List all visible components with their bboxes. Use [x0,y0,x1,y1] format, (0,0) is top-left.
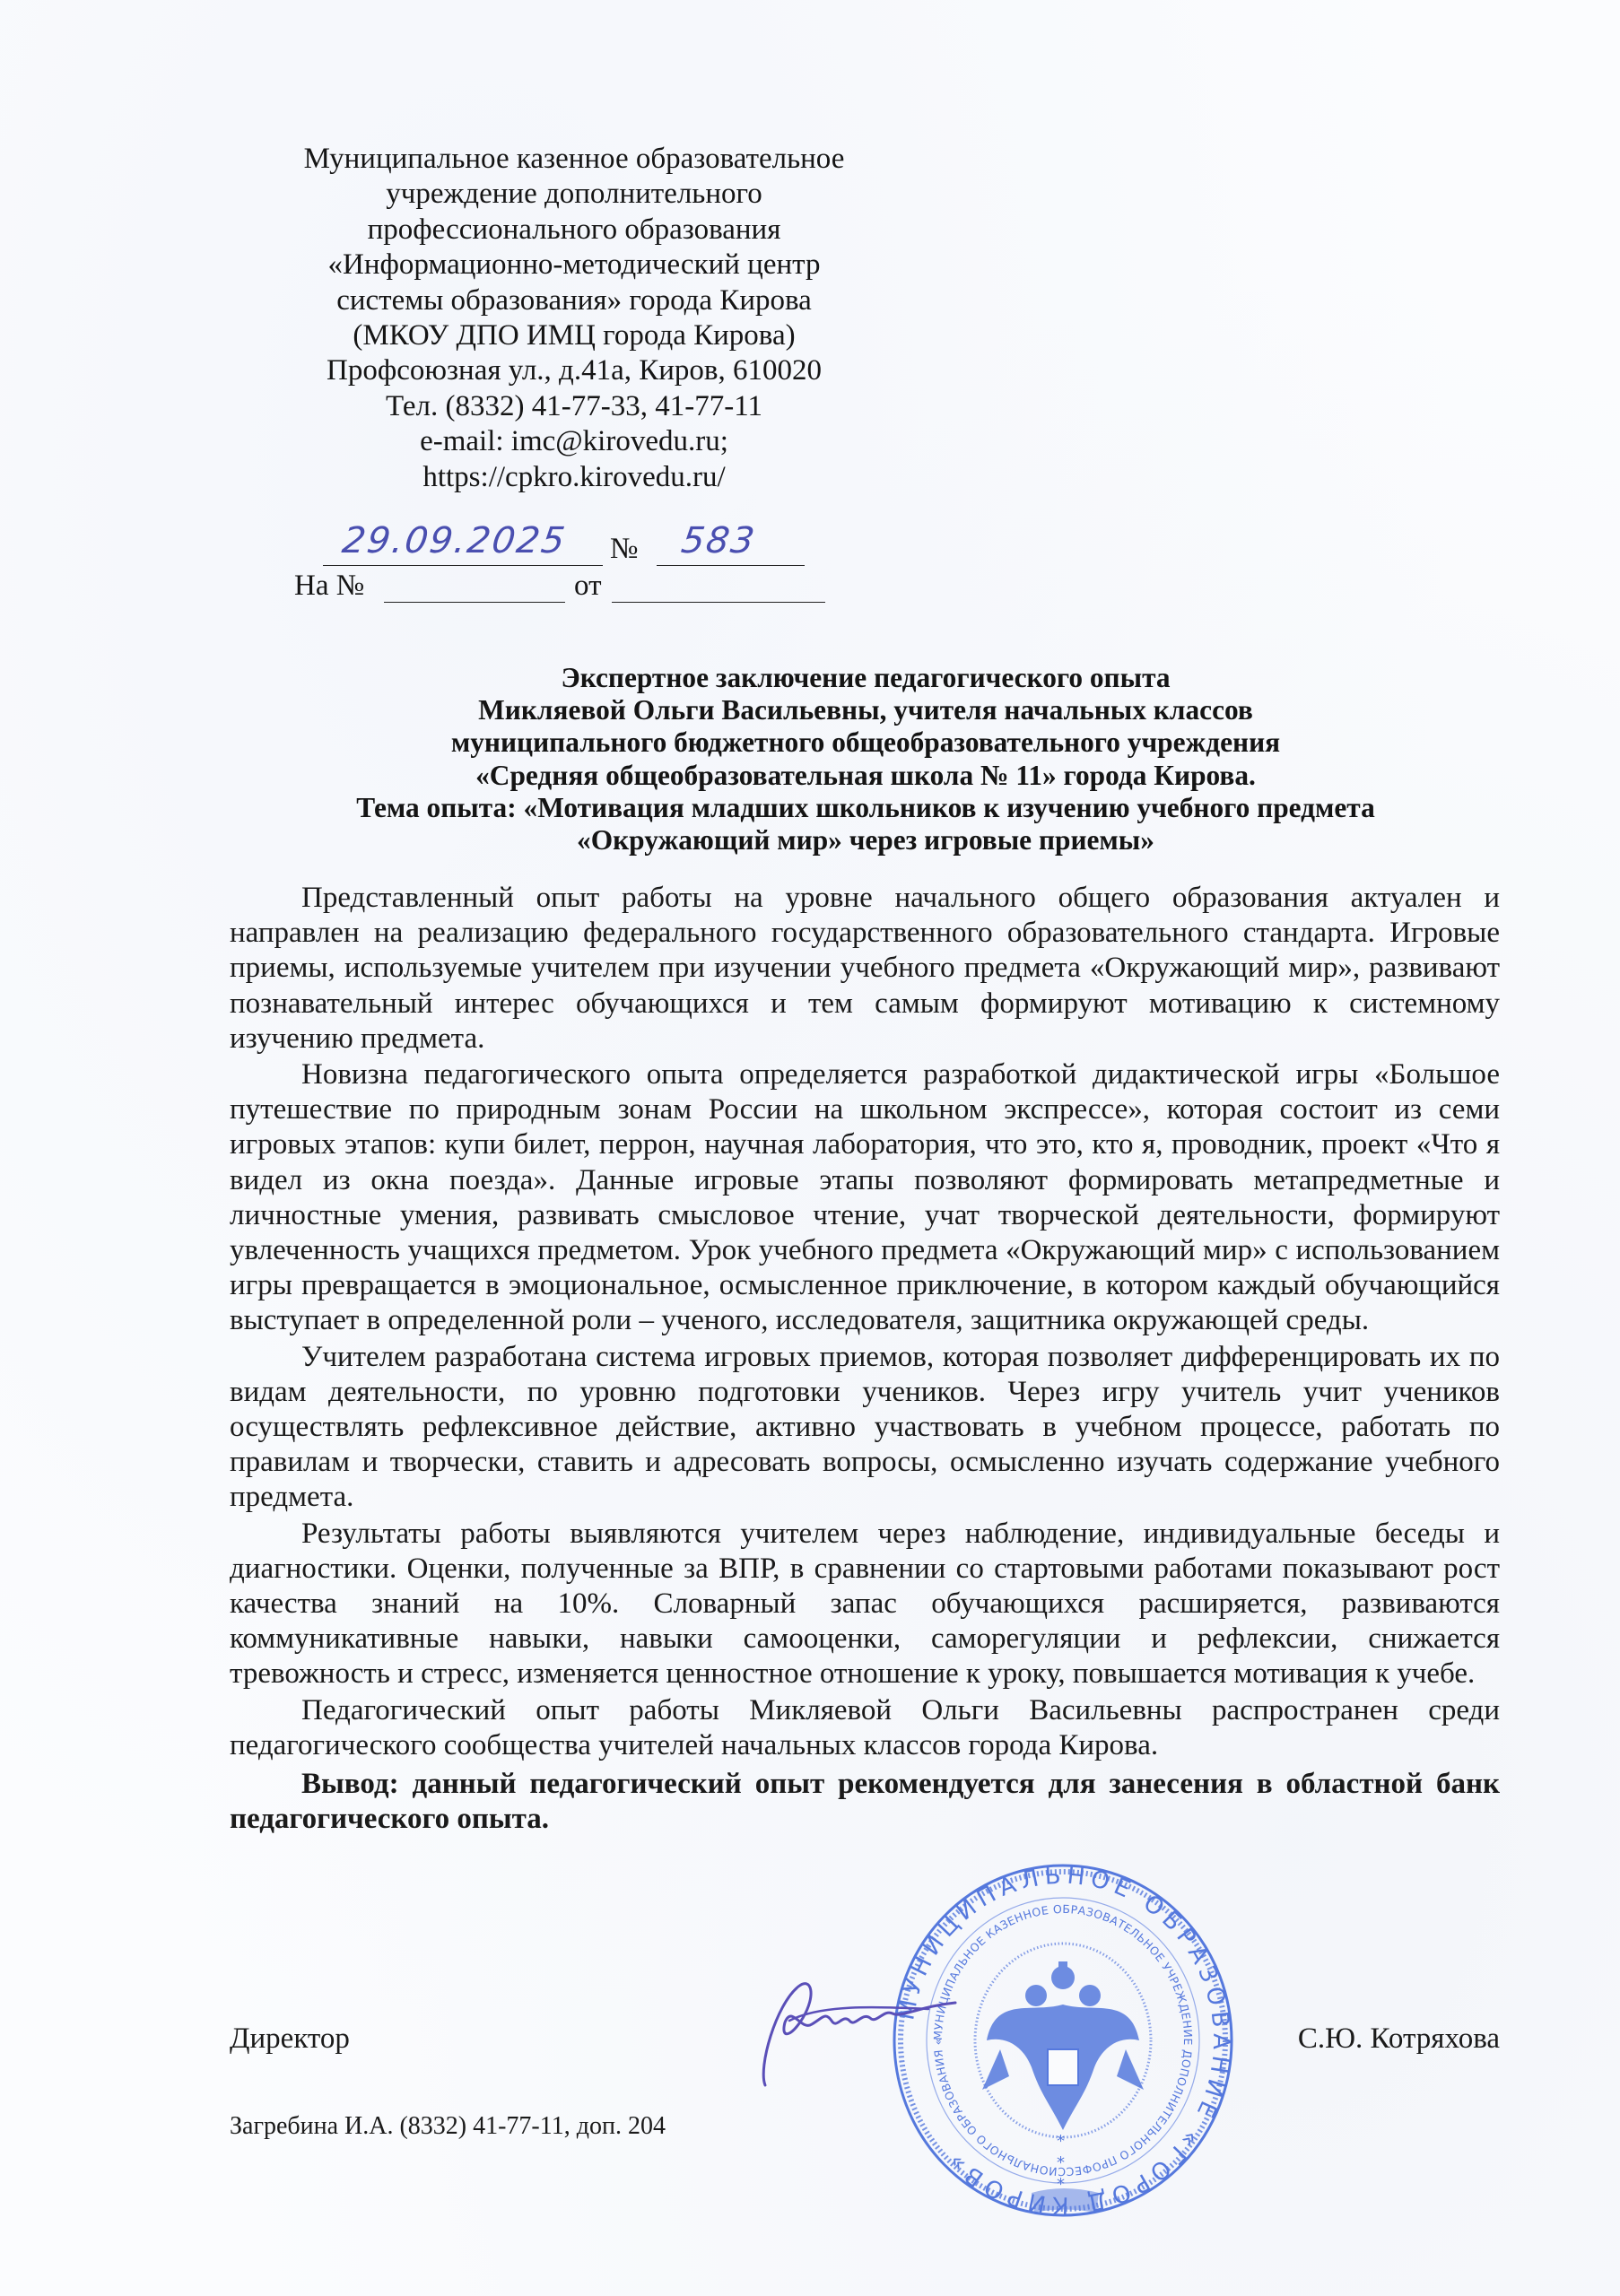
document-title: Экспертное заключение педагогического оп… [241,661,1490,856]
director-signature-icon [749,1969,964,2094]
from-label: от [574,570,602,603]
title-line-4: «Средняя общеобразовательная школа № 11»… [241,759,1490,791]
letterhead-line-org-5: системы образования» города Кирова [251,283,897,318]
letterhead-address: Профсоюзная ул., д.41а, Киров, 610020 [251,353,897,388]
paragraph-novelty: Новизна педагогического опыта определяет… [230,1057,1500,1339]
document-body: Представленный опыт работы на уровне нач… [230,881,1500,1837]
document-page: Муниципальное казенное образовательное у… [0,0,1620,2296]
document-number: 583 [679,520,759,561]
letterhead-line-org-1: Муниципальное казенное образовательное [251,142,897,177]
reference-block: 29.09.2025 № 583 На № от [287,527,861,608]
official-seal-icon: МУНИЦИПАЛЬНОЕ ОБРАЗОВАНИЕ «ГОРОД КИРОВ» … [888,1861,1238,2220]
incoming-reference-row: На № от [287,568,861,608]
svg-text:*: * [1057,2175,1065,2194]
letterhead-abbreviation: (МКОУ ДПО ИМЦ города Кирова) [251,318,897,353]
svg-text:МУНИЦИПАЛЬНОЕ ОБРАЗОВАНИЕ «ГОР: МУНИЦИПАЛЬНОЕ ОБРАЗОВАНИЕ «ГОРОД КИРОВ» [893,1863,1234,2219]
paragraph-results: Результаты работы выявляются учителем че… [230,1517,1500,1692]
paragraph-relevance: Представленный опыт работы на уровне нач… [230,881,1500,1057]
title-line-topic-1: Тема опыта: «Мотивация младших школьнико… [241,791,1490,823]
in-reply-date-line [612,566,825,603]
svg-text:*: * [1057,2153,1065,2172]
letterhead-phone: Тел. (8332) 41-77-33, 41-77-11 [251,389,897,424]
title-line-1: Экспертное заключение педагогического оп… [241,661,1490,693]
letterhead-website: https://cpkro.kirovedu.ru/ [251,460,897,495]
letterhead-email: e-mail: imc@kirovedu.ru; [251,424,897,459]
paragraph-system: Учителем разработана система игровых при… [230,1340,1500,1516]
outgoing-reference-row: 29.09.2025 № 583 [287,527,861,568]
signatory-name: С.Ю. Котряхова [1298,2022,1500,2056]
svg-text:МУНИЦИПАЛЬНОЕ КАЗЕННОЕ ОБРАЗОВ: МУНИЦИПАЛЬНОЕ КАЗЕННОЕ ОБРАЗОВАТЕЛЬНОЕ У… [888,1861,1195,2179]
letterhead-line-org-3: профессионального образования [251,213,897,248]
paragraph-conclusion: Вывод: данный педагогический опыт рекоме… [230,1767,1500,1837]
number-label: № [610,533,639,566]
in-reply-number-line [384,566,565,603]
paragraph-dissemination: Педагогический опыт работы Микляевой Оль… [230,1693,1500,1763]
title-line-3: муниципального бюджетного общеобразовате… [241,726,1490,758]
letterhead: Муниципальное казенное образовательное у… [251,142,897,495]
title-line-2: Микляевой Ольги Васильевны, учителя нача… [241,693,1490,726]
letterhead-line-org-2: учреждение дополнительного [251,177,897,212]
signatory-position: Директор [230,2022,350,2056]
document-date: 29.09.2025 [340,520,569,561]
letterhead-line-org-4: «Информационно-методический центр [251,248,897,283]
svg-text:*: * [1057,2132,1065,2151]
title-line-topic-2: «Окружающий мир» через игровые приемы» [241,823,1490,856]
in-reply-label: На № [294,570,364,603]
executor-contact: Загребина И.А. (8332) 41-77-11, доп. 204 [230,2112,666,2141]
